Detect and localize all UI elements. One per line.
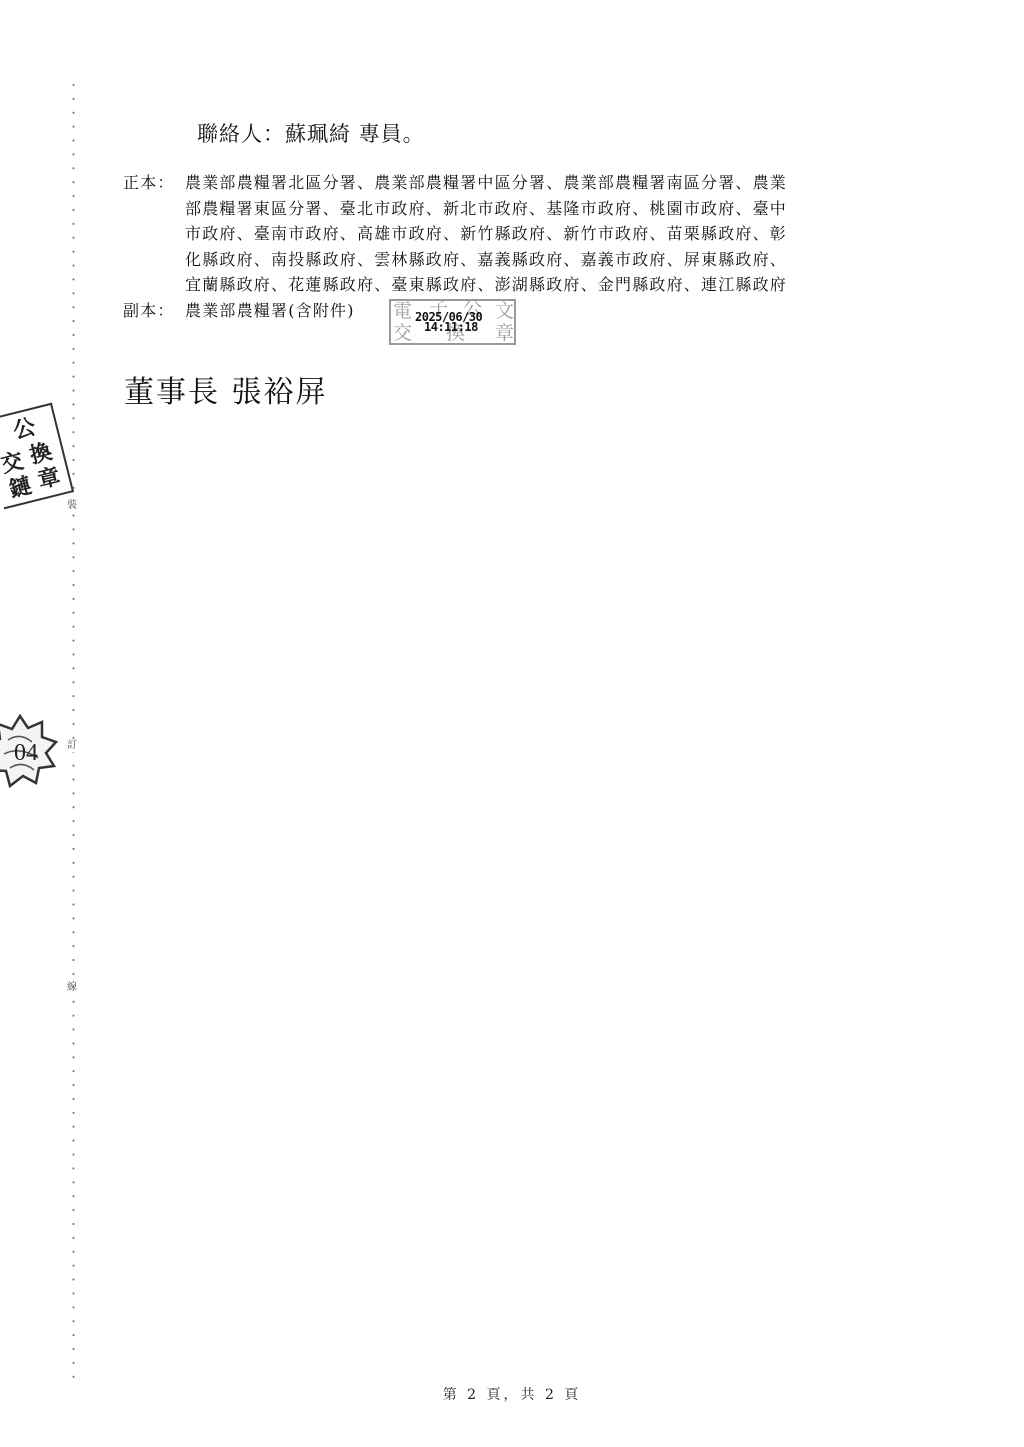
signature: 董事長 張裕屏: [124, 367, 328, 411]
contact-name: 蘇珮綺: [285, 122, 351, 146]
binding-label-zhuang: 裝: [67, 500, 77, 512]
seal-char: 換: [28, 440, 55, 467]
stamp-char: 文: [495, 302, 514, 321]
primary-label: 正本：: [123, 170, 185, 298]
contact-label: 聯絡人：: [197, 122, 285, 146]
stamp-char: 交: [393, 324, 412, 343]
page-number: 第 2 頁，共 2 頁: [0, 1384, 1024, 1404]
seal-char: 公: [11, 416, 38, 443]
contact-title: 專員。: [359, 122, 425, 146]
gear-stamp: 04: [0, 710, 60, 790]
stamp-char: 電: [393, 302, 412, 321]
binding-line: 裝 訂 線: [70, 78, 78, 1378]
seal-char: 章: [36, 465, 63, 492]
signature-title: 董事長: [124, 375, 220, 410]
stamp-char: 章: [495, 324, 514, 343]
primary-line: 市政府、臺南市政府、高雄市政府、新竹縣政府、新竹市政府、苗栗縣政府、彰: [185, 221, 913, 247]
stamp-time: 14:11:18: [424, 320, 478, 334]
primary-recipients: 正本： 農業部農糧署北區分署、農業部農糧署中區分署、農業部農糧署南區分署、農業 …: [123, 170, 913, 298]
contact-line: 聯絡人：蘇珮綺 專員。: [197, 118, 425, 148]
signature-name: 張裕屏: [232, 375, 328, 410]
primary-line: 農業部農糧署北區分署、農業部農糧署中區分署、農業部農糧署南區分署、農業: [185, 170, 913, 196]
gear-stamp-number: 04: [14, 740, 38, 767]
primary-line: 宜蘭縣政府、花蓮縣政府、臺東縣政府、澎湖縣政府、金門縣政府、連江縣政府: [185, 272, 913, 298]
cc-label: 副本：: [123, 298, 185, 324]
side-seal-stamp: 公 換 交 章 鏈: [0, 403, 74, 510]
primary-line: 化縣政府、南投縣政府、雲林縣政府、嘉義縣政府、嘉義市政府、屏東縣政府、: [185, 247, 913, 273]
seal-char: 交: [0, 450, 26, 477]
binding-label-xian: 線: [67, 982, 77, 994]
recipients-block: 正本： 農業部農糧署北區分署、農業部農糧署中區分署、農業部農糧署南區分署、農業 …: [123, 170, 913, 323]
cc-recipients: 副本： 農業部農糧署(含附件): [123, 298, 913, 324]
electronic-exchange-stamp: 電 子 公 文 交 換 章 2025/06/30 14:11:18: [389, 299, 516, 345]
binding-dots: [72, 78, 75, 1378]
seal-char: 鏈: [7, 474, 34, 501]
primary-line: 部農糧署東區分署、臺北市政府、新北市政府、基隆市政府、桃園市政府、臺中: [185, 196, 913, 222]
binding-label-ding: 訂: [67, 740, 77, 752]
cc-text: 農業部農糧署(含附件): [185, 298, 913, 324]
